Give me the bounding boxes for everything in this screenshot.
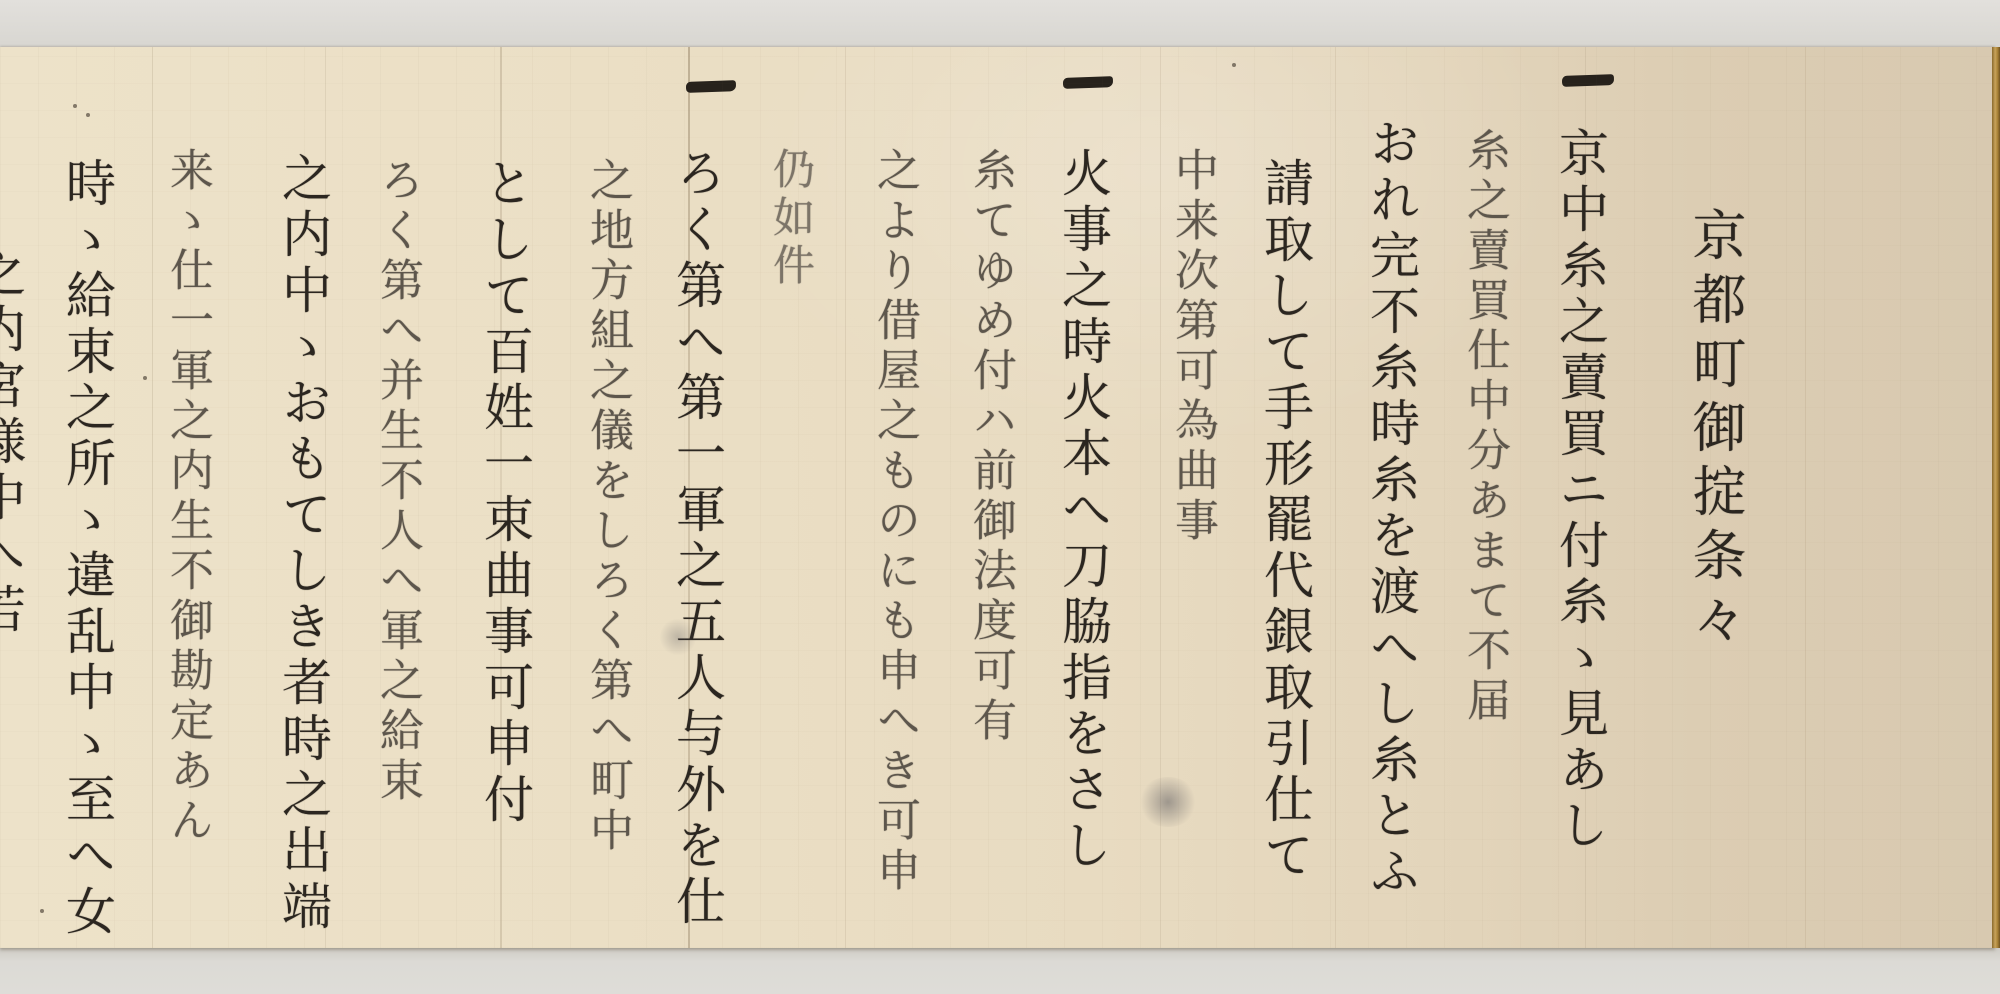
text-column: 糸之賣買仕中分あまて不届 <box>1462 127 1506 727</box>
text-column: 時ゝ給束之所ゝ違乱中ゝ至へ女 <box>62 157 112 941</box>
text-column: ろく第へ并生不人へ軍之給束 <box>375 157 419 807</box>
text-column: 京中糸之賣買ニ付糸ゝ見あし <box>1555 127 1605 855</box>
ink-speck <box>73 104 77 108</box>
text-column: 中来次第可為曲事 <box>1170 147 1214 547</box>
ink-speck <box>86 113 90 117</box>
smudge-stain <box>660 617 696 657</box>
text-column-partial: 之内宮様中へ若 <box>0 247 22 639</box>
paper-fold <box>1805 47 1806 948</box>
paper-fold <box>1335 47 1336 948</box>
handscroll-paper: 京都町御掟条々 京中糸之賣買ニ付糸ゝ見あし 糸之賣買仕中分あまて不届 おれ完不糸… <box>0 47 1995 948</box>
ink-speck <box>143 376 147 380</box>
text-column: 火事之時火本へ刀脇指をさし <box>1058 147 1108 875</box>
text-column: 之より借屋之ものにも申へき可申 <box>872 147 916 897</box>
text-column: 之地方組之儀をしろく第へ町中 <box>585 157 629 857</box>
title-column: 京都町御掟条々 <box>1688 207 1742 655</box>
item-mark-3 <box>686 80 736 93</box>
text-column: 之内中ゝおもてしき者時之出端 <box>278 152 328 936</box>
closing-phrase-column: 仍如件 <box>770 147 812 291</box>
ink-speck <box>40 909 44 913</box>
backdrop-bottom <box>0 948 2000 994</box>
text-column: 請取して手形罷代銀取引仕て <box>1260 157 1310 885</box>
backdrop-top <box>0 0 2000 48</box>
text-column: 来ゝ仕一軍之内生不御勘定あん <box>165 147 209 847</box>
paper-fold <box>152 47 153 948</box>
text-column: として百姓一束曲事可申付 <box>480 157 530 829</box>
smudge-stain <box>1138 777 1198 827</box>
text-column: 糸てゆめ付ハ前御法度可有 <box>968 147 1012 747</box>
text-column: ろく第へ第一軍之五人与外を仕 <box>672 147 722 931</box>
item-mark-2 <box>1063 76 1113 89</box>
item-mark-1 <box>1562 74 1614 87</box>
paper-fold <box>845 47 846 948</box>
ink-speck <box>1232 63 1236 67</box>
mounting-edge <box>1992 47 2000 948</box>
text-column: おれ完不糸時糸を渡へし糸とふ <box>1366 117 1416 901</box>
